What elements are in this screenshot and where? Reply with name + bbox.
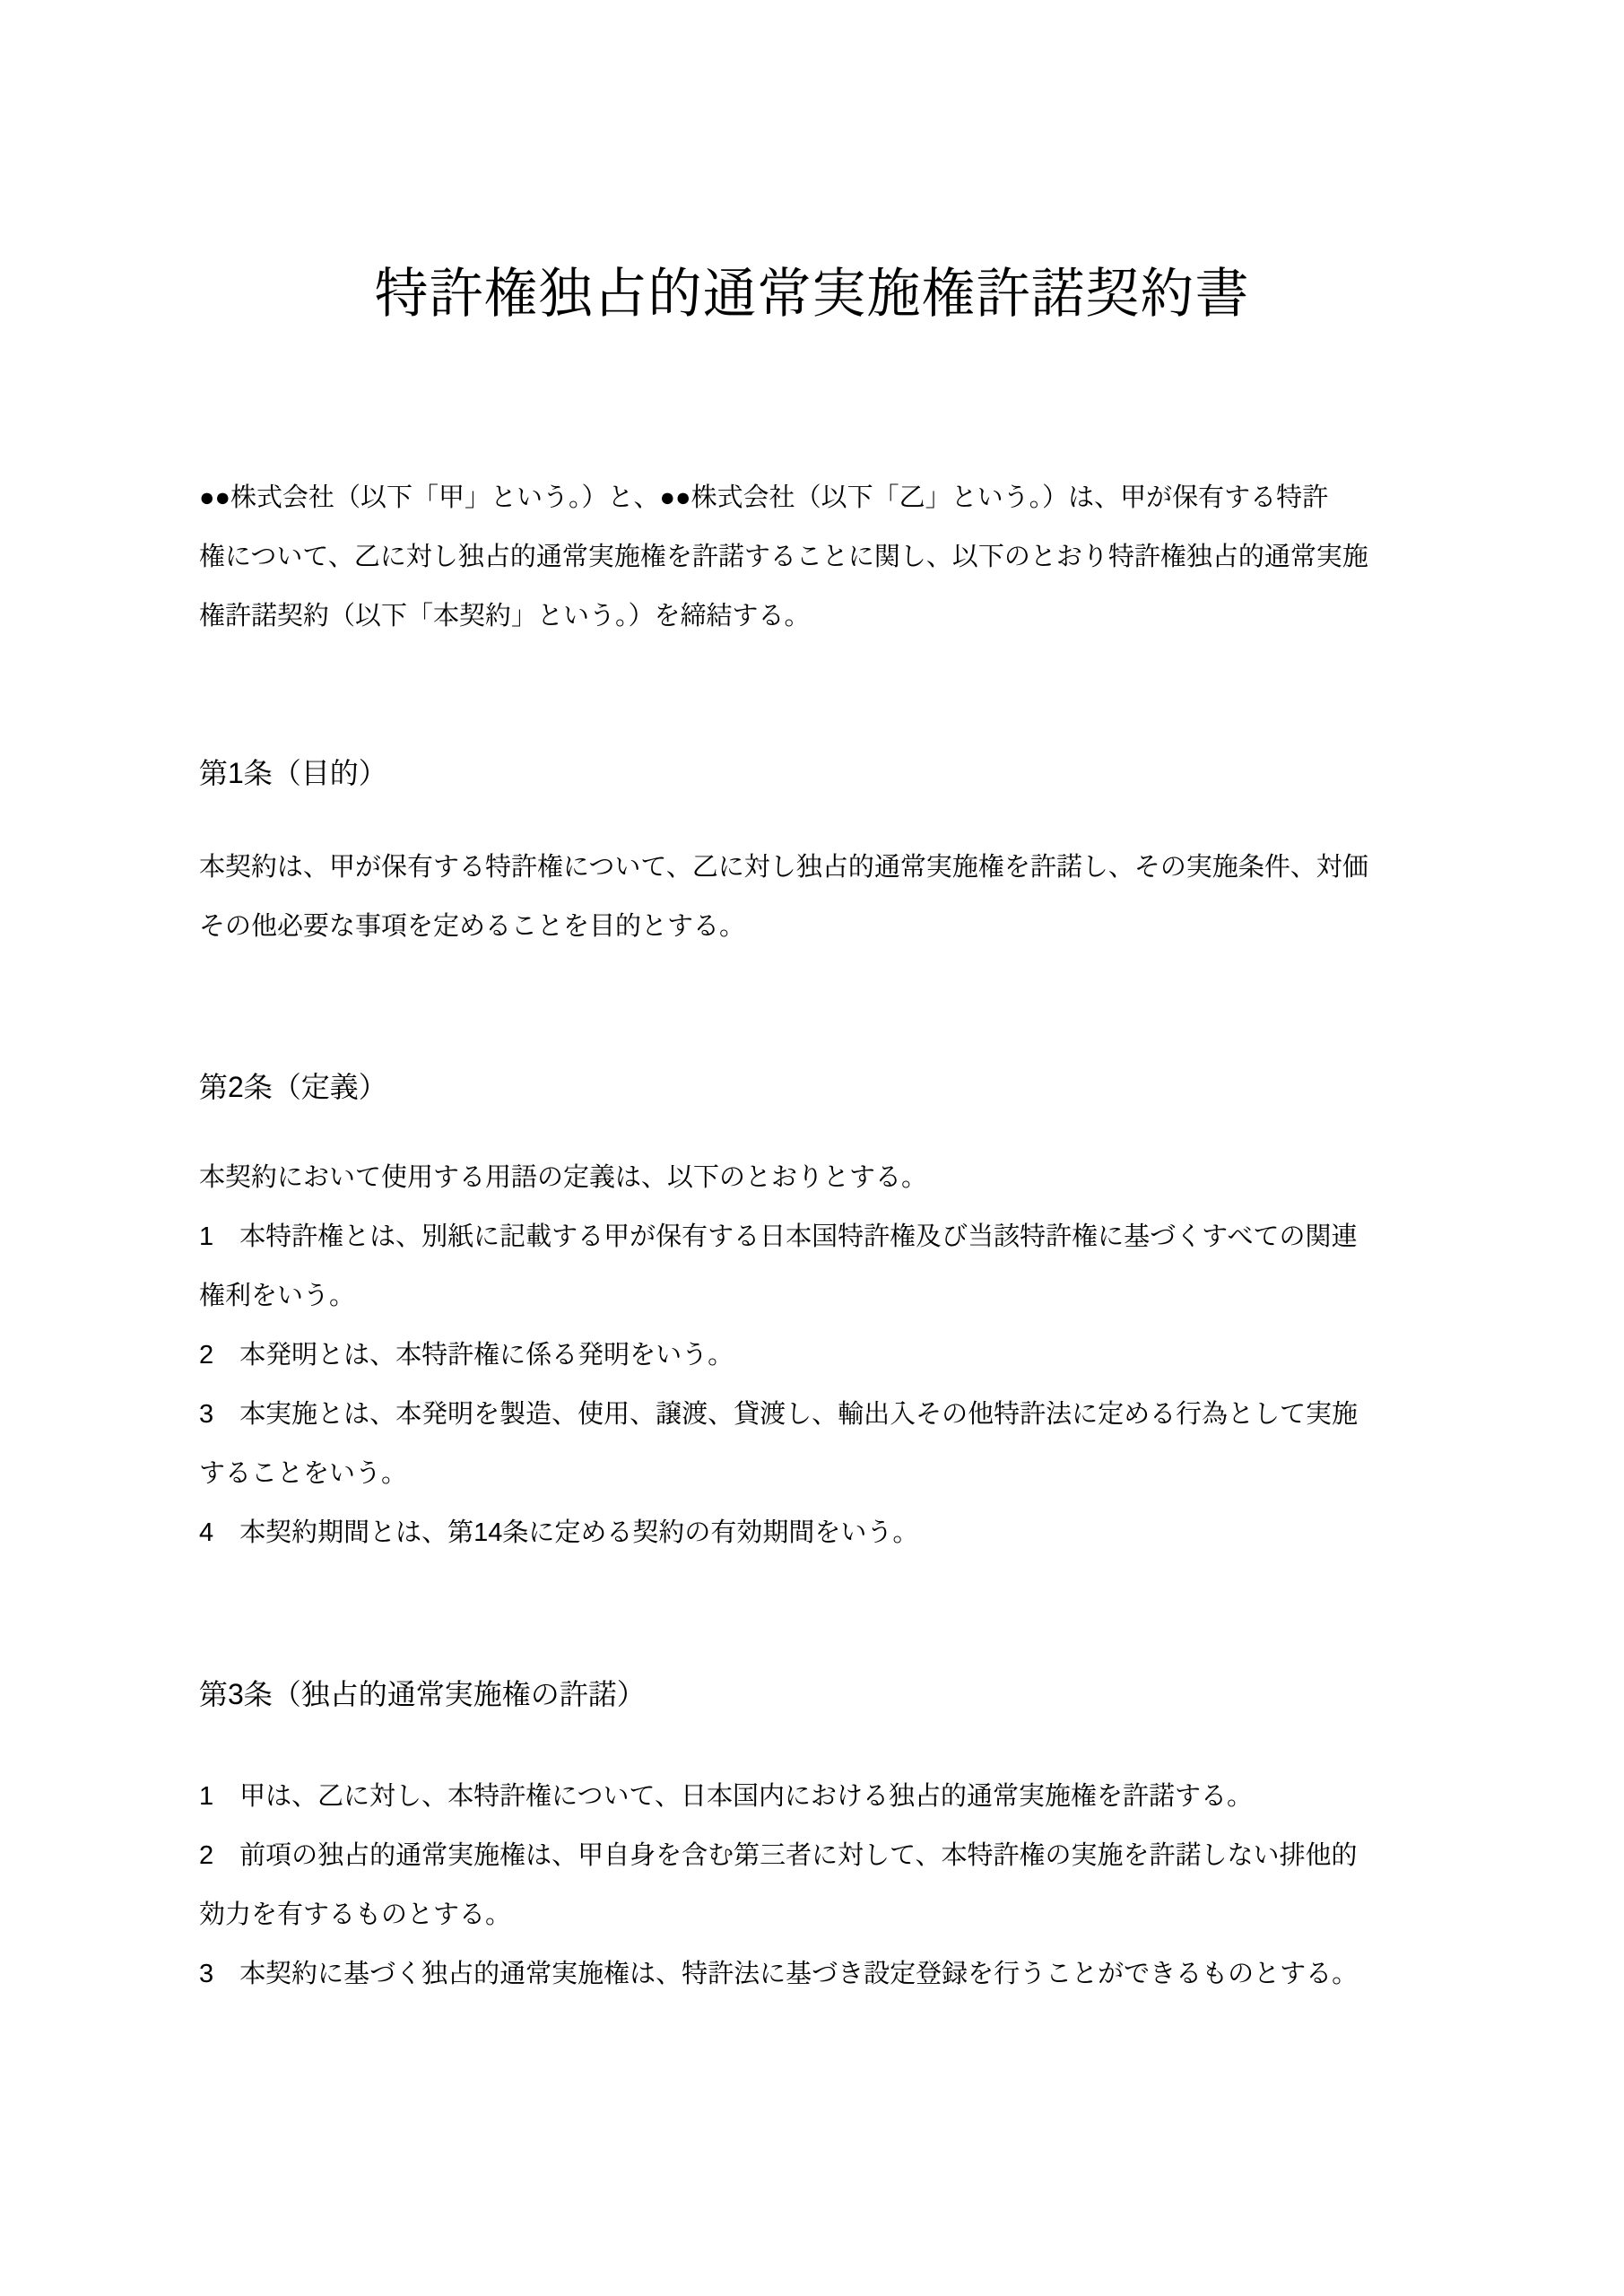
article3-body: 1 甲は、乙に対し、本特許権について、日本国内における独占的通常実施権を許諾する… bbox=[199, 1767, 1425, 2004]
article3-line: 3 本契約に基づく独占的通常実施権は、特許法に基づき設定登録を行うことができるも… bbox=[199, 1944, 1425, 2004]
document-page: 特許権独占的通常実施権許諾契約書 ●●株式会社（以下「甲」という。）と、●●株式… bbox=[0, 0, 1624, 2296]
article1-body: 本契約は、甲が保有する特許権について、乙に対し独占的通常実施権を許諾し、その実施… bbox=[199, 838, 1425, 956]
article2-line: 本契約において使用する用語の定義は、以下のとおりとする。 bbox=[199, 1148, 1425, 1207]
preamble-line: ●●株式会社（以下「甲」という。）と、●●株式会社（以下「乙」という。）は、甲が… bbox=[199, 468, 1425, 527]
preamble-line: 権許諾契約（以下「本契約」という。）を締結する。 bbox=[199, 587, 1425, 646]
article2-line: することをいう。 bbox=[199, 1444, 1425, 1503]
document-content: 特許権独占的通常実施権許諾契約書 ●●株式会社（以下「甲」という。）と、●●株式… bbox=[0, 0, 1624, 2004]
section-heading-article1: 第1条（目的） bbox=[199, 753, 1425, 793]
article1-line: 本契約は、甲が保有する特許権について、乙に対し独占的通常実施権を許諾し、その実施… bbox=[199, 838, 1425, 897]
section-heading-article2: 第2条（定義） bbox=[199, 1067, 1425, 1107]
preamble-line: 権について、乙に対し独占的通常実施権を許諾することに関し、以下のとおり特許権独占… bbox=[199, 527, 1425, 587]
article2-line: 4 本契約期間とは、第14条に定める契約の有効期間をいう。 bbox=[199, 1503, 1425, 1562]
article2-line: 2 本発明とは、本特許権に係る発明をいう。 bbox=[199, 1326, 1425, 1385]
article3-line: 1 甲は、乙に対し、本特許権について、日本国内における独占的通常実施権を許諾する… bbox=[199, 1767, 1425, 1826]
article3-line: 2 前項の独占的通常実施権は、甲自身を含む第三者に対して、本特許権の実施を許諾し… bbox=[199, 1826, 1425, 1885]
article2-line: 権利をいう。 bbox=[199, 1266, 1425, 1326]
preamble-paragraph: ●●株式会社（以下「甲」という。）と、●●株式会社（以下「乙」という。）は、甲が… bbox=[199, 468, 1425, 646]
article2-body: 本契約において使用する用語の定義は、以下のとおりとする。 1 本特許権とは、別紙… bbox=[199, 1148, 1425, 1562]
document-title: 特許権独占的通常実施権許諾契約書 bbox=[199, 0, 1425, 323]
article1-line: その他必要な事項を定めることを目的とする。 bbox=[199, 897, 1425, 956]
article2-line: 3 本実施とは、本発明を製造、使用、譲渡、貸渡し、輸出入その他特許法に定める行為… bbox=[199, 1385, 1425, 1444]
section-heading-article3: 第3条（独占的通常実施権の許諾） bbox=[199, 1674, 1425, 1714]
article3-line: 効力を有するものとする。 bbox=[199, 1885, 1425, 1944]
article2-line: 1 本特許権とは、別紙に記載する甲が保有する日本国特許権及び当該特許権に基づくす… bbox=[199, 1207, 1425, 1266]
